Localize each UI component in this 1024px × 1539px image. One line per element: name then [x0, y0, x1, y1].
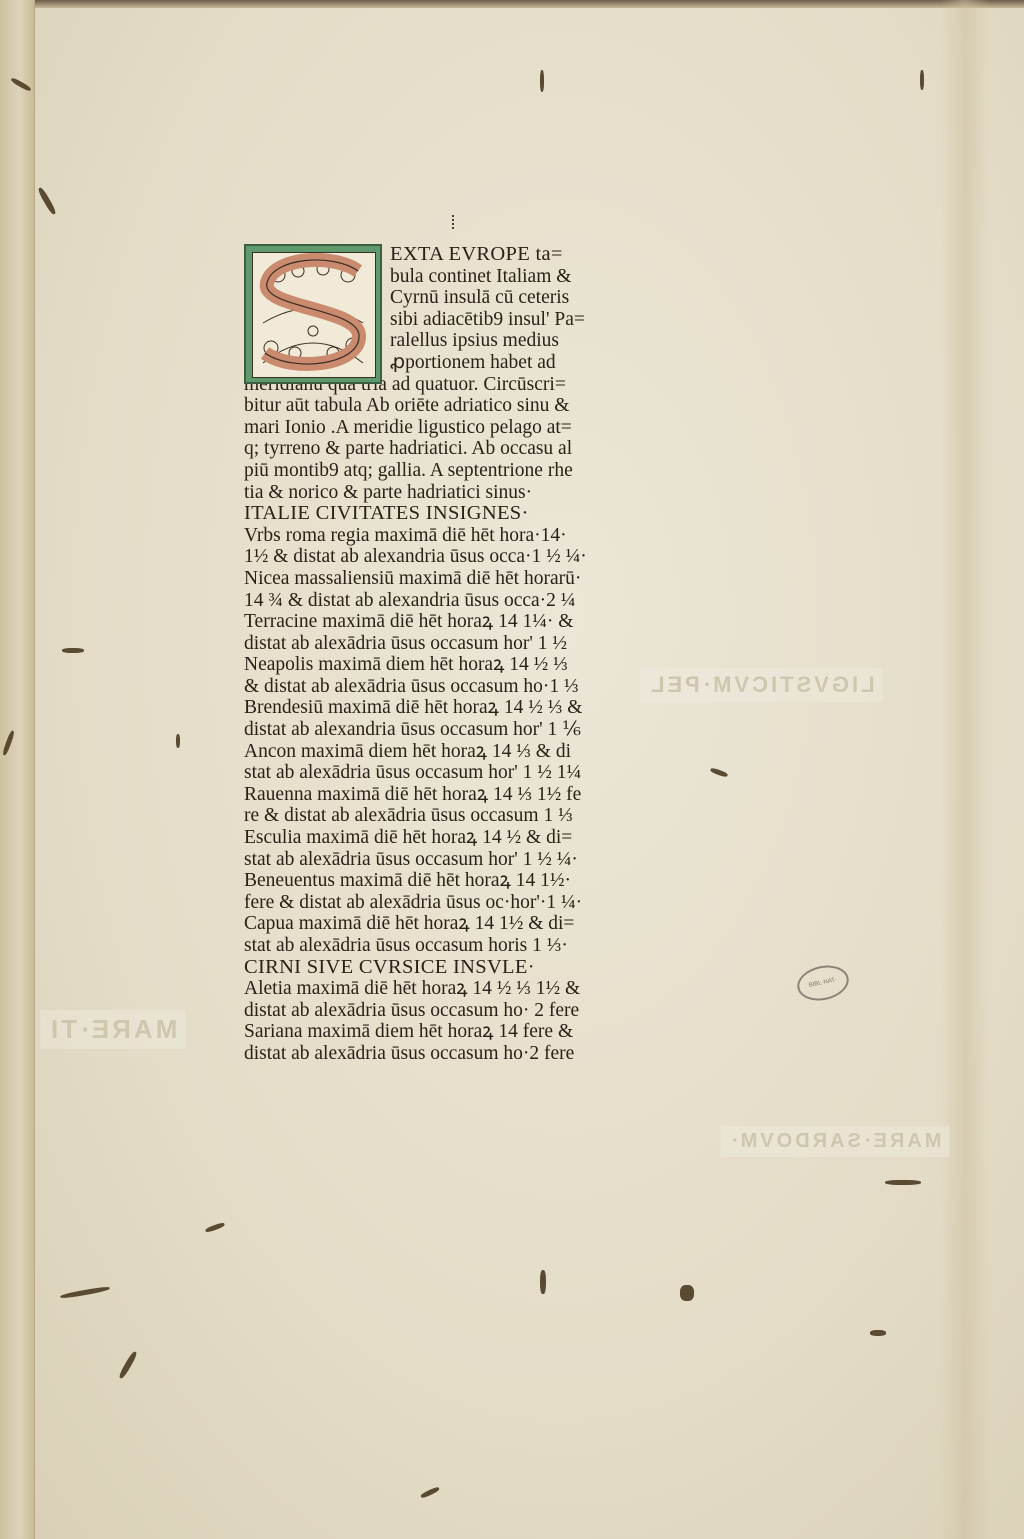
showthrough-text-mare-sardoum: MARE·SARDOVM· [720, 1126, 949, 1157]
city-line: 1½ & distat ab alexandria ūsus occa·1 ½ … [244, 546, 604, 568]
city-line: & distat ab alexādria ūsus occasum ho·1 … [244, 676, 604, 698]
wormhole-stain [37, 187, 57, 216]
wormhole-stain [540, 1270, 546, 1294]
binding-gutter [0, 0, 35, 1539]
initial-s-ornament-icon [253, 253, 373, 375]
section-heading-italy: ITALIE CIVITATES INSIGNES· [244, 503, 604, 525]
library-stamp: BIBL·NAT· [794, 961, 852, 1005]
city-line: stat ab alexādria ūsus occasum hor' 1 ½ … [244, 849, 604, 871]
printed-text-column: EXTA EVROPE ta= bula continet Italiam & … [244, 244, 604, 1065]
city-line: re & distat ab alexādria ūsus occasum 1 … [244, 805, 604, 827]
city-line: Neapolis maximā diem hēt horaꝝ 14 ½ ⅓ [244, 654, 604, 676]
text-line: mari Ionio .A meridie ligustico pelago a… [244, 417, 604, 439]
city-line: Ancon maximā diem hēt horaꝝ 14 ⅓ & di [244, 741, 604, 763]
city-line: Esculia maximā diē hēt horaꝝ 14 ½ & di= [244, 827, 604, 849]
city-line: Capua maximā diē hēt horaꝝ 14 1½ & di= [244, 913, 604, 935]
wormhole-stain [118, 1351, 138, 1380]
city-line: distat ab alexandria ūsus occasum hor' 1… [244, 719, 604, 741]
showthrough-text-ligusticum: LIGVSTICVM·PEL [640, 668, 883, 702]
text-line: q; tyrreno & parte hadriatici. Ab occasu… [244, 438, 604, 460]
wormhole-stain [62, 648, 84, 653]
wormhole-stain [205, 1222, 226, 1234]
page-top-edge [0, 0, 1024, 8]
city-line: Sariana maximā diem hēt horaꝝ 14 fere & [244, 1021, 604, 1043]
city-line: stat ab alexādria ūsus occasum horis 1 ⅓… [244, 935, 604, 957]
section-heading-corsica: CIRNI SIVE CVRSICE INSVLE· [244, 957, 604, 979]
city-line: Brendesiū maximā diē hēt horaꝝ 14 ½ ⅓ & [244, 697, 604, 719]
city-line: Terracine maximā diē hēt horaꝝ 14 1¼· & [244, 611, 604, 633]
text-line: bitur aūt tabula Ab oriēte adriatico sin… [244, 395, 604, 417]
city-line: stat ab alexādria ūsus occasum hor' 1 ½ … [244, 762, 604, 784]
wormhole-stain [920, 70, 924, 90]
wormhole-stain [60, 1286, 110, 1300]
city-line: Aletia maximā diē hēt horaꝝ 14 ½ ⅓ 1½ & [244, 978, 604, 1000]
wormhole-stain [420, 1486, 440, 1499]
city-line: Nicea massaliensiū maximā diē hēt horarū… [244, 568, 604, 590]
wormhole-stain [176, 734, 180, 748]
city-line: distat ab alexādria ūsus occasum ho·2 fe… [244, 1043, 604, 1065]
wormhole-stain [680, 1285, 694, 1301]
dot-mark [452, 215, 457, 229]
decorated-initial-s [244, 244, 382, 384]
city-line: Beneuentus maximā diē hēt horaꝝ 14 1½· [244, 870, 604, 892]
manuscript-page: LIGVSTICVM·PEL MARE·TI MARE·SARDOVM· BIB… [0, 0, 1024, 1539]
page-fold-shadow [940, 0, 990, 1539]
showthrough-text-mare-ti: MARE·TI [40, 1010, 185, 1049]
city-line: fere & distat ab alexādria ūsus oc·hor'·… [244, 892, 604, 914]
city-line: Rauenna maximā diē hēt horaꝝ 14 ⅓ 1½ fe [244, 784, 604, 806]
text-line: tia & norico & parte hadriatici sinus· [244, 482, 604, 504]
city-line: distat ab alexādria ūsus occasum hor' 1 … [244, 633, 604, 655]
wormhole-stain [885, 1180, 921, 1185]
text-line: piū montib9 atq; gallia. A septentrione … [244, 460, 604, 482]
city-line: Vrbs roma regia maximā diē hēt hora·14· [244, 525, 604, 547]
wormhole-stain [710, 767, 729, 778]
wormhole-stain [540, 70, 544, 92]
wormhole-stain [870, 1330, 886, 1336]
city-line: 14 ¾ & distat ab alexandria ūsus occa·2 … [244, 590, 604, 612]
city-line: distat ab alexādria ūsus occasum ho· 2 f… [244, 1000, 604, 1022]
